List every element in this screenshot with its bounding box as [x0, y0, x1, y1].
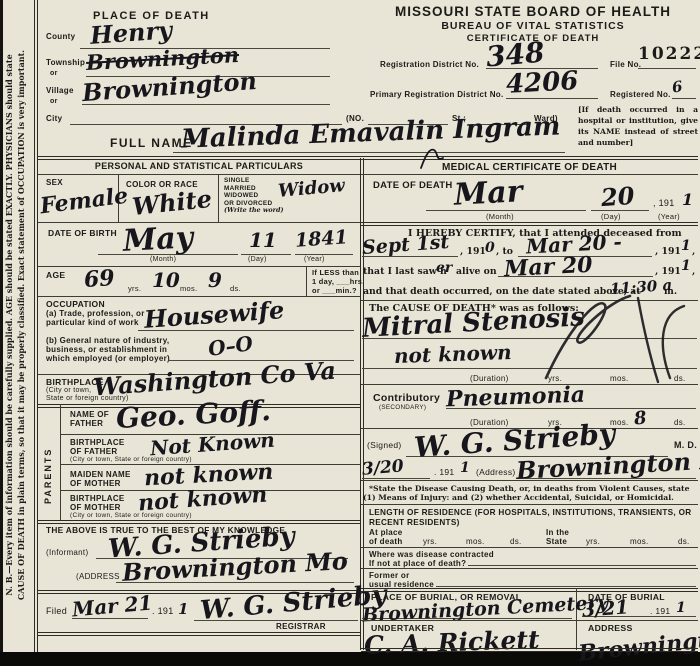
- rule: [306, 266, 307, 296]
- occupation-b-label-2: business, or establishment in: [46, 345, 167, 354]
- certify-from-value: Sept 1st: [361, 231, 450, 259]
- certify-from-year-prefix: , 191: [460, 246, 486, 257]
- occupation-label: OCCUPATION: [46, 299, 105, 309]
- parents-label: PARENTS: [43, 424, 53, 504]
- file-no-value: 10222: [638, 44, 700, 64]
- filed-date-value: Mar 21: [71, 591, 153, 622]
- age-less-line: 1 day, ___hrs.: [312, 277, 365, 286]
- mother-birthplace-label-2: OF MOTHER: [70, 503, 121, 512]
- in-the-label: In the: [546, 528, 569, 537]
- dob-year-value: 1841: [294, 226, 348, 252]
- at-place-mos: mos.: [466, 537, 485, 546]
- burial-year-digit: 1: [676, 600, 686, 616]
- footnote-line-1: *State the Disease Causing Death, or, in…: [369, 484, 689, 493]
- date-of-burial-value: 3/21: [581, 596, 629, 621]
- village-field: Brownington: [82, 72, 330, 105]
- rule: [361, 174, 698, 175]
- occupation-a-value: Housewife: [143, 295, 285, 334]
- signed-year-prefix: . 191: [434, 467, 454, 477]
- certify-to-year-digit: 1: [681, 238, 691, 254]
- residence-title-2: RECENT RESIDENTS): [369, 518, 460, 527]
- signed-label: (Signed): [367, 440, 402, 450]
- dob-day-field: 11: [241, 228, 291, 255]
- primary-district-field: 4206: [506, 68, 598, 99]
- undertaker-address-label: ADDRESS: [588, 623, 633, 633]
- cause-duration-label: (Duration): [470, 374, 509, 383]
- signed-date-field: 3/20: [362, 458, 430, 479]
- certificate-form: PLACE OF DEATH County Henry Township or …: [38, 0, 698, 652]
- burial-year-prefix: . 191: [650, 606, 670, 616]
- dod-month-caption: (Month): [486, 212, 514, 221]
- sex-label: SEX: [46, 178, 63, 187]
- full-name-field: Malinda Emavalin Ingram: [173, 118, 565, 153]
- certify-from-year-digit: 0: [485, 240, 495, 256]
- signed-date-value: 3/20: [361, 456, 404, 480]
- contributory-label: Contributory: [373, 392, 440, 404]
- mother-birthplace-label-1: BIRTHPLACE: [70, 494, 125, 503]
- rule: [38, 174, 360, 175]
- rule: [361, 648, 698, 652]
- rule: [361, 620, 698, 621]
- contracted-label-2: If not at place of death?: [369, 559, 466, 568]
- rule: [38, 520, 360, 524]
- registered-no-field: 6: [672, 78, 696, 99]
- margin-note-line2: CAUSE OF DEATH in plain terms, so that i…: [15, 0, 27, 650]
- age-ds-caption: ds.: [230, 284, 241, 293]
- margin-note: N. B.—Every item of information should b…: [3, 0, 29, 650]
- certify-from-field: Sept 1st: [362, 234, 458, 257]
- occupation-b-value: O–O: [207, 331, 255, 361]
- dob-month-value: May: [122, 220, 194, 259]
- occupation-b-label-1: (b) General nature of industry,: [46, 336, 169, 345]
- sex-value: Female: [39, 183, 130, 220]
- dob-month-field: May: [98, 222, 238, 255]
- at-place-label-1: At place: [369, 528, 403, 537]
- filed-date-field: Mar 21: [72, 594, 148, 619]
- village-value: Brownington: [81, 66, 258, 107]
- at-place-yrs: yrs.: [423, 537, 437, 546]
- registrar-label: REGISTRAR: [276, 622, 326, 631]
- occupation-a-field: Housewife: [138, 300, 354, 331]
- registrar-signature-field: W. G. Strieby: [194, 588, 358, 621]
- footnote-line-2: (1) Means of Injury: and (2) whether Acc…: [363, 493, 674, 502]
- residence-title-1: LENGTH OF RESIDENCE (FOR HOSPITALS, INST…: [369, 508, 691, 517]
- margin-note-line1: N. B.—Every item of information should b…: [3, 0, 15, 650]
- age-less-line: or ___min.?: [312, 286, 365, 295]
- dob-day-value: 11: [249, 228, 277, 252]
- dod-month-field: Mar: [426, 176, 586, 211]
- certify-to-year-prefix: , 191: [655, 246, 681, 257]
- rule: [361, 547, 698, 548]
- bureau-title: BUREAU OF VITAL STATISTICS: [368, 20, 698, 32]
- primary-district-value: 4206: [505, 66, 579, 100]
- undertaker-field: C. A. Rickett: [362, 622, 572, 649]
- age-days-value: 9: [208, 268, 222, 292]
- certify-comma-2: ,: [692, 266, 695, 277]
- rule: [38, 632, 360, 636]
- marital-label-line: MARRIED: [224, 185, 283, 193]
- filed-label: Filed: [46, 606, 67, 616]
- dod-day-caption: (Day): [601, 212, 621, 221]
- certify-alive-on: alive on: [456, 266, 497, 277]
- ink-flourish: [538, 290, 698, 386]
- state-ds: ds.: [678, 537, 690, 546]
- dob-year-caption: (Year): [304, 256, 325, 263]
- at-place-ds: ds.: [510, 537, 522, 546]
- primary-district-label: Primary Registration District No.: [370, 90, 504, 99]
- age-years-value: 69: [83, 265, 115, 293]
- signed-address-field: Brownington Mo: [516, 450, 696, 479]
- former-residence-label-1: Former or: [369, 571, 410, 580]
- dob-day-caption: (Day): [248, 256, 267, 263]
- death-certificate-document: N. B.—Every item of information should b…: [0, 0, 700, 666]
- signed-address-value: Brownington Mo: [515, 444, 700, 485]
- rule: [361, 480, 698, 481]
- state-label: State: [546, 537, 567, 546]
- city-label: City: [46, 114, 62, 123]
- dod-year-digit: 1: [682, 190, 693, 209]
- cause-duration-mos: mos.: [610, 374, 629, 383]
- board-title: MISSOURI STATE BOARD OF HEALTH: [368, 4, 698, 19]
- rule: [361, 568, 698, 569]
- marital-value: Widow: [277, 175, 345, 202]
- cause-duration-ds: ds.: [674, 374, 686, 383]
- father-birthplace-value: Not Known: [149, 428, 275, 461]
- file-no-field: 10222: [638, 44, 696, 69]
- dob-month-caption: (Month): [150, 256, 176, 263]
- village-label: Village: [46, 86, 74, 95]
- certify-last-saw: that I last saw h: [363, 266, 447, 277]
- township-label: Township: [46, 58, 85, 67]
- column-divider: [360, 158, 364, 650]
- marital-label-line: (Write the word): [224, 207, 283, 215]
- state-mos: mos.: [630, 537, 649, 546]
- dod-day-field: 20: [591, 182, 649, 211]
- marital-label: SINGLE MARRIED WIDOWED OR DIVORCED (Writ…: [224, 177, 283, 215]
- age-label: AGE: [46, 270, 65, 280]
- rule: [361, 222, 698, 226]
- registration-district-label: Registration District No.: [380, 60, 479, 69]
- mother-name-label-2: OF MOTHER: [70, 479, 121, 488]
- contributory-value: Pneumonia: [446, 382, 586, 413]
- occupation-a-label-1: (a) Trade, profession, or: [46, 309, 145, 318]
- age-yrs-caption: yrs.: [128, 284, 141, 293]
- dod-month-value: Mar: [453, 174, 523, 213]
- header-divider: [38, 156, 698, 160]
- occupation-a-label-2: particular kind of work: [46, 318, 139, 327]
- informant-label: (Informant): [46, 548, 88, 557]
- registration-district-field: 348: [486, 38, 598, 69]
- medical-section-title: MEDICAL CERTIFICATE OF DEATH: [361, 162, 698, 173]
- filed-year-digit: 1: [178, 600, 188, 618]
- father-name-label-2: FATHER: [70, 419, 103, 428]
- signed-year-digit: 1: [460, 460, 470, 476]
- rule: [361, 504, 698, 505]
- father-birthplace-label-1: BIRTHPLACE: [70, 438, 125, 447]
- undertaker-value: C. A. Rickett: [364, 625, 540, 660]
- mother-name-label-1: MAIDEN NAME: [70, 470, 131, 479]
- dod-day-value: 20: [600, 181, 635, 212]
- village-or-label: or: [50, 98, 58, 105]
- age-less-line: If LESS than: [312, 268, 365, 277]
- age-mos-caption: mos.: [180, 284, 197, 293]
- birthplace-sub-1: (City or town,: [46, 387, 91, 394]
- secondary-label: (SECONDARY): [379, 404, 426, 411]
- certify-comma: ,: [692, 246, 695, 257]
- certify-seen-field: Mar 20: [498, 254, 653, 277]
- occupation-b-label-3: which employed (or employer): [46, 354, 170, 363]
- dod-year-caption: (Year): [658, 212, 680, 221]
- color-race-value: White: [131, 184, 213, 221]
- certify-seen-value: Mar 20: [503, 252, 593, 283]
- dob-year-field: 1841: [295, 228, 353, 255]
- ink-check-scrawl: [418, 146, 446, 172]
- age-months-value: 10: [152, 268, 180, 292]
- registered-no-value: 6: [671, 77, 684, 96]
- contrib-duration-ds: ds.: [674, 418, 686, 427]
- cause-value-2: not known: [394, 340, 512, 368]
- informant-address-field: Brownington Mo: [116, 552, 354, 583]
- personal-section-title: PERSONAL AND STATISTICAL PARTICULARS: [38, 161, 360, 171]
- age-less-note: If LESS than 1 day, ___hrs. or ___min.?: [312, 268, 365, 295]
- dod-year-prefix: , 191: [653, 198, 675, 208]
- certify-seen-year-digit: 1: [681, 258, 691, 274]
- address-paren-label: (Address): [476, 467, 516, 477]
- rule: [60, 404, 61, 520]
- marital-label-line: WIDOWED: [224, 192, 283, 200]
- rule: [218, 174, 219, 222]
- county-label: County: [46, 32, 75, 41]
- father-birthplace-label-2: OF FATHER: [70, 447, 117, 456]
- registered-no-label: Registered No.: [610, 90, 671, 99]
- contributory-field: Pneumonia: [446, 384, 696, 409]
- full-name-value: Malinda Emavalin Ingram: [181, 111, 561, 154]
- certify-her: er: [436, 260, 452, 276]
- township-or-label: or: [50, 70, 58, 77]
- hospital-note: [If death occurred in a hospital or inst…: [578, 104, 698, 148]
- informant-address-label: (ADDRESS: [76, 572, 120, 581]
- former-residence-field: [436, 572, 696, 587]
- rule: [38, 296, 360, 297]
- state-yrs: yrs.: [586, 537, 600, 546]
- place-of-burial-field: Brownington Cemetery: [362, 598, 572, 619]
- father-name-label-1: NAME OF: [70, 410, 109, 419]
- marital-label-line: SINGLE: [224, 177, 283, 185]
- filed-year-prefix: . 191: [152, 606, 174, 616]
- county-value: Henry: [89, 15, 173, 50]
- contracted-field: [468, 550, 696, 566]
- informant-address-value: Brownington Mo: [121, 546, 348, 587]
- file-no-label: File No.: [610, 60, 641, 69]
- at-place-label-2: of death: [369, 537, 403, 546]
